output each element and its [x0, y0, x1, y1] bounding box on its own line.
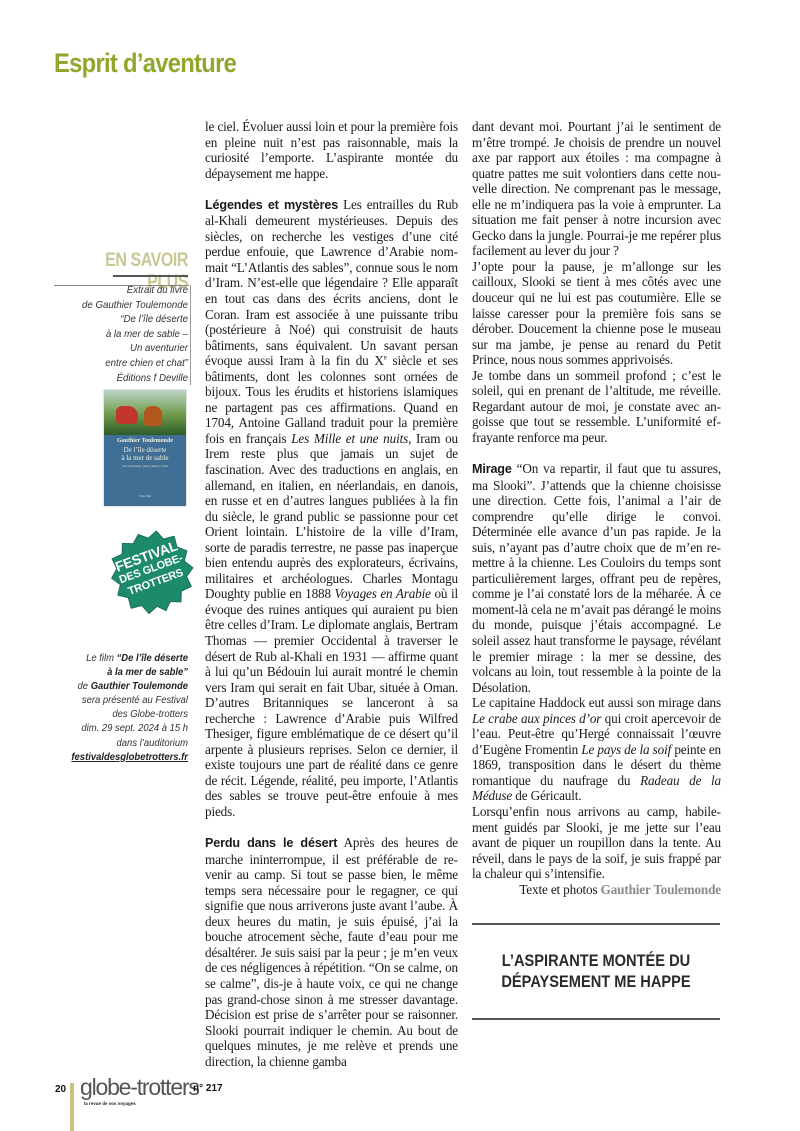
- credit-label: Texte et photos: [519, 882, 600, 897]
- film-note-date: dim. 29 sept. 2024 à 15 h: [55, 721, 188, 735]
- film-title: à la mer de sable”: [107, 666, 188, 678]
- paragraph-legendes: Légendes et mystères Les entrailles du R…: [205, 197, 458, 820]
- paragraph: J’opte pour la pause, je m’allonge sur l…: [472, 259, 721, 368]
- extract-line: Un aventurier: [52, 341, 188, 356]
- cover-subtitle: Un aventurier entre chien et chat: [104, 464, 186, 468]
- film-screening-note: Le film “De l’île déserte à la mer de sa…: [55, 651, 188, 764]
- pull-quote-line: DÉPAYSEMENT ME HAPPE: [489, 971, 702, 992]
- artwork-title: Le pays de la soif: [581, 742, 671, 757]
- cover-dog: [144, 406, 162, 426]
- festival-website-link[interactable]: festivaldesglobetrotters.fr: [71, 751, 188, 763]
- article-credit: Texte et photos Gauthier Toulemonde: [472, 882, 721, 898]
- paragraph: dant devant moi. Pourtant j’ai le sentim…: [472, 119, 721, 259]
- cover-illustration: [104, 390, 186, 435]
- magazine-tagline: la revue de vos voyages: [84, 1101, 136, 1106]
- pull-quote-top-rule: [472, 923, 720, 925]
- cover-title-line: à la mer de sable: [104, 454, 186, 462]
- sidebar-title-underline: [113, 275, 188, 277]
- cover-title: De l’île déserte à la mer de sable: [104, 446, 186, 462]
- book-cover-image: Gauthier Toulemonde De l’île déserte à l…: [104, 390, 186, 506]
- pull-quote-bottom-rule: [472, 1018, 720, 1020]
- film-note-line: des Globe-trotters: [55, 707, 188, 721]
- subheading-mirage: Mirage: [472, 462, 512, 476]
- extract-line: Extrait du livre: [52, 283, 188, 298]
- film-note-line: à la mer de sable”: [55, 665, 188, 679]
- issue-number: n° 217: [193, 1083, 223, 1094]
- extract-line: “De l’île déserte: [52, 312, 188, 327]
- book-extract-note: Extrait du livre de Gauthier Toulemonde …: [52, 283, 188, 385]
- extract-line: entre chien et chat”: [52, 356, 188, 371]
- sidebar-vertical-rule: [190, 285, 191, 385]
- film-note-by: de: [78, 680, 91, 692]
- extract-line: à la mer de sable –: [52, 327, 188, 342]
- book-title: Les Mille et une nuits: [291, 431, 408, 446]
- credit-author: Gauthier Toulemonde: [601, 882, 721, 897]
- text-run: de Géricault.: [512, 788, 581, 803]
- film-note-prefix: Le film: [86, 652, 116, 664]
- text-run: Le capitaine Haddock eut aussi son mirag…: [472, 695, 721, 710]
- paragraph-mirage: Mirage “On va repartir, il faut que tu a…: [472, 461, 721, 695]
- film-note-line: de Gauthier Toulemonde: [55, 679, 188, 693]
- film-note-line: dans l’auditorium: [55, 736, 188, 750]
- paragraph: le ciel. Évoluer aussi loin et pour la p…: [205, 119, 458, 181]
- subheading-perdu: Perdu dans le désert: [205, 836, 337, 850]
- extract-line: Éditions f Deville: [52, 371, 188, 386]
- cover-figure: [116, 406, 138, 424]
- article-column-2: dant devant moi. Pourtant j’ai le sentim…: [472, 119, 721, 897]
- cover-title-line: De l’île déserte: [104, 446, 186, 454]
- pull-quote-line: L’ASPIRANTE MONTÉE DU: [489, 950, 702, 971]
- page-number: 20: [55, 1084, 66, 1095]
- text-run: où il évoque des ruines antiques qui aur…: [205, 586, 458, 819]
- article-column-1: le ciel. Évoluer aussi loin et pour la p…: [205, 119, 458, 1069]
- book-title: Voyages en Arabie: [335, 586, 431, 601]
- pull-quote: L’ASPIRANTE MONTÉE DU DÉPAYSEMENT ME HAP…: [489, 950, 702, 992]
- folio-bar: [70, 1083, 74, 1131]
- film-title: “De l’île déserte: [117, 652, 188, 664]
- film-note-line: Le film “De l’île déserte: [55, 651, 188, 665]
- paragraph: Lorsqu’enfin nous arrivons au camp, habi…: [472, 804, 721, 882]
- film-note-line: sera présenté au Festival: [55, 693, 188, 707]
- paragraph: Je tombe dans un sommeil profond ; c’est…: [472, 368, 721, 446]
- paragraph-perdu: Perdu dans le désert Après des heures de…: [205, 835, 458, 1069]
- festival-badge: Festival des Globe- trotters: [98, 518, 206, 626]
- section-title: Esprit d’aventure: [54, 48, 236, 79]
- text-run: Les entrailles du Rub al-Khali demeurent…: [205, 197, 458, 368]
- magazine-logo: globe-trotters: [80, 1074, 199, 1101]
- text-run: , Iram ou Irem reste plus que jamais un …: [205, 431, 458, 601]
- text-run: Après des heures de marche ininterrompue…: [205, 835, 458, 1069]
- cover-author: Gauthier Toulemonde: [104, 438, 186, 444]
- subheading-legendes: Légendes et mystères: [205, 198, 338, 212]
- extract-line: de Gauthier Toulemonde: [52, 298, 188, 313]
- text-run: “On va repartir, il faut que tu assures,…: [472, 461, 721, 695]
- paragraph-haddock: Le capitaine Haddock eut aussi son mirag…: [472, 695, 721, 804]
- book-title: Le crabe aux pinces d’or: [472, 711, 601, 726]
- film-director: Gauthier Toulemonde: [91, 680, 188, 692]
- cover-publisher: f Deville: [104, 494, 186, 498]
